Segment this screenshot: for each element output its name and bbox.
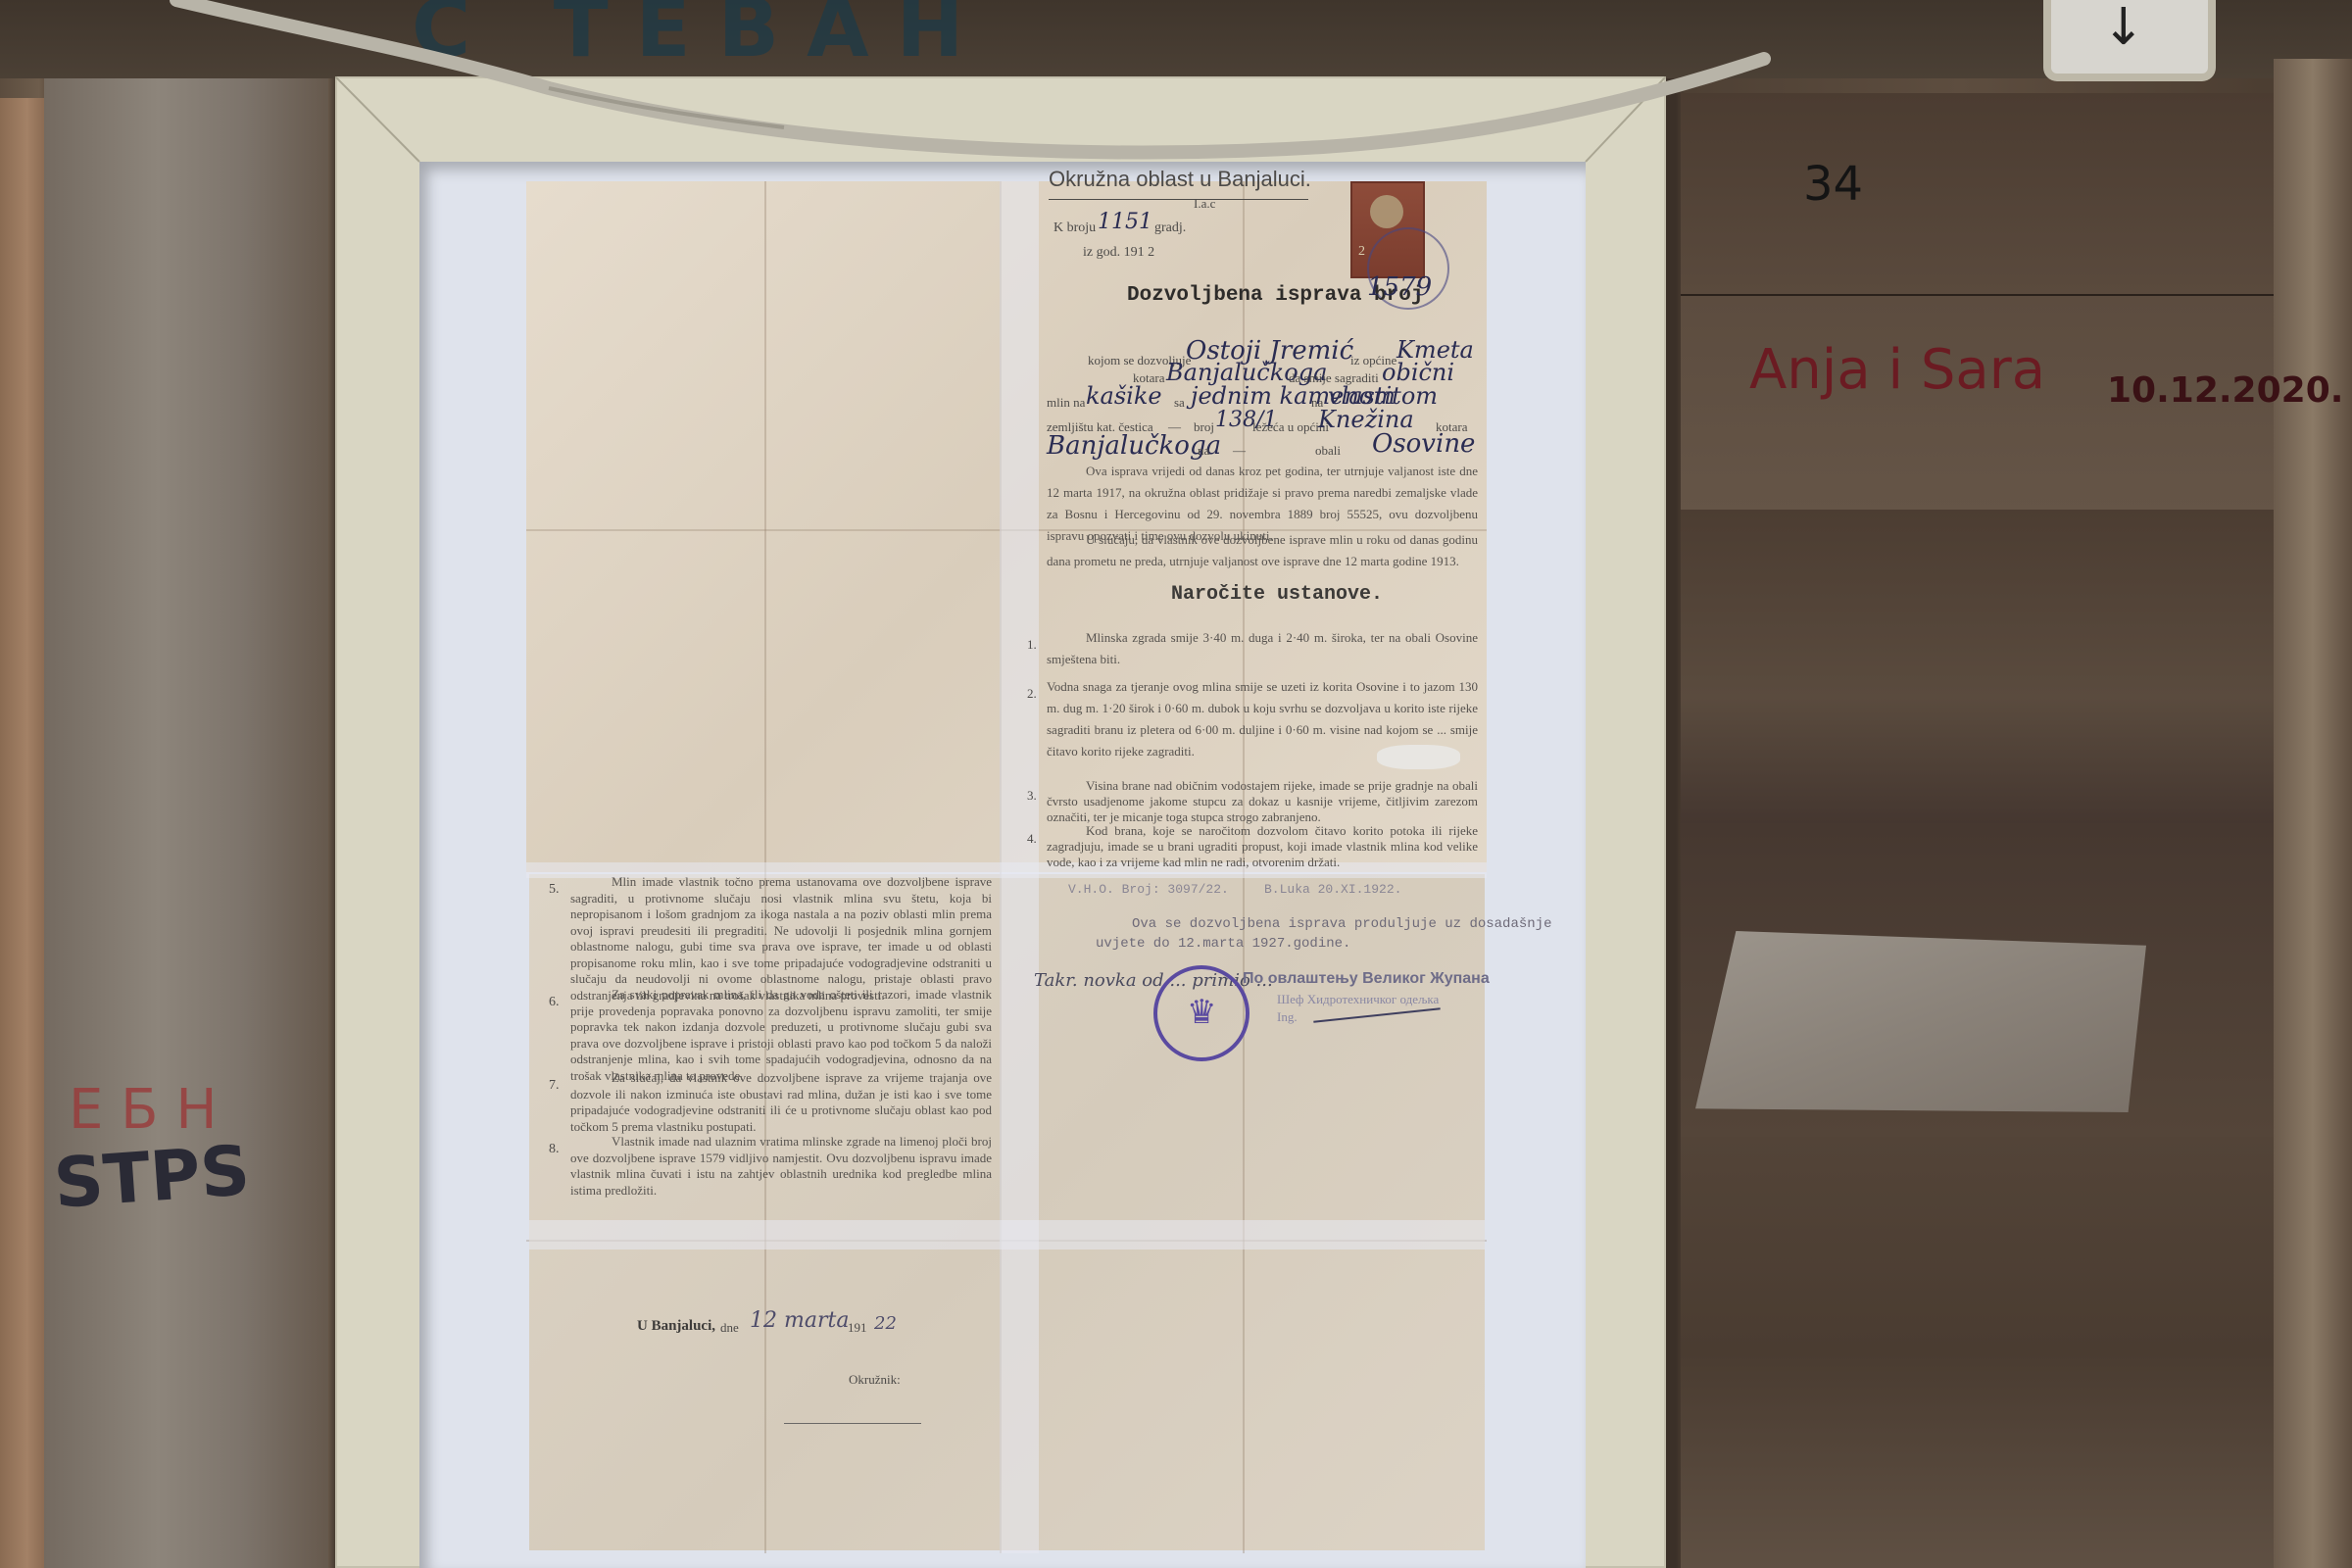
clause-8: Vlastnik imade nad ulaznim vratima mlins… [570,1134,992,1199]
header-rule [1049,199,1308,200]
graffiti-red-signature: Anja i Sara [1749,338,2045,402]
revenue-stamp-value: 2 [1358,244,1365,260]
clause-4: Kod brana, koje se naročitom dozvolom či… [1047,823,1478,870]
extension-text-2: uvjete do 12.marta 1927.godine. [1096,936,1350,952]
official-seal: ♛ [1153,965,1249,1061]
validity-text-2: U slučaju, da vlastnik ove dozvoljbene i… [1047,529,1478,572]
signature-line [784,1423,921,1424]
extension-text-1: Ova se dozvoljbena isprava produljuje uz… [1132,916,1551,932]
footer-date: 12 marta [750,1308,849,1333]
river-name: Osovine [1372,429,1475,459]
stamp-header: По овлаштењу Великог Жупана [1243,970,1490,988]
right-plank-3 [1681,510,2303,823]
graffiti-left-red: Е Б Н [69,1078,218,1142]
extension-place-date: B.Luka 20.XI.1922. [1264,882,1401,897]
clause-1: Mlinska zgrada smije 3·40 m. duga i 2·40… [1047,627,1478,670]
signer-label: Okružnik: [849,1372,901,1388]
right-plank-5 [1681,1137,2303,1568]
ref-year: iz god. 191 2 [1083,245,1154,261]
graffiti-red-date: 10.12.2020. [2107,370,2343,411]
document-number: 1579 [1367,272,1432,302]
left-plank [44,78,328,1568]
hanging-rope [0,0,2352,196]
stamp-line-3: Ing. [1277,1009,1298,1025]
footer-place: U Banjaluci, [637,1318,715,1335]
clause-5: Mlin imade vlastnik točno prema ustanova… [570,874,992,1004]
ref-suffix: gradj. [1154,220,1186,236]
ref-label: K broju [1053,220,1096,236]
page-mark: I.a.c [1194,196,1215,212]
graffiti-left-black: STPS [51,1130,252,1224]
extension-ref: V.H.O. Broj: 3097/22. [1068,882,1229,897]
clause-3: Visina brane nad običnim vodostajem rije… [1047,778,1478,825]
far-right-post [2274,59,2352,1568]
tape-strip [529,1220,1485,1249]
stamp-line-2: Шеф Хидротехничког одељка [1277,992,1439,1007]
section-title: Naročite ustanove. [1171,583,1383,606]
ref-number: 1151 [1098,210,1152,234]
torn-paper-scrap [1695,931,2146,1112]
paper-tear [1377,745,1460,769]
clause-7: Za slučaj, da vlastnik ove dozvoljbene i… [570,1070,992,1135]
eagle-emblem-icon: ♛ [1187,993,1216,1032]
